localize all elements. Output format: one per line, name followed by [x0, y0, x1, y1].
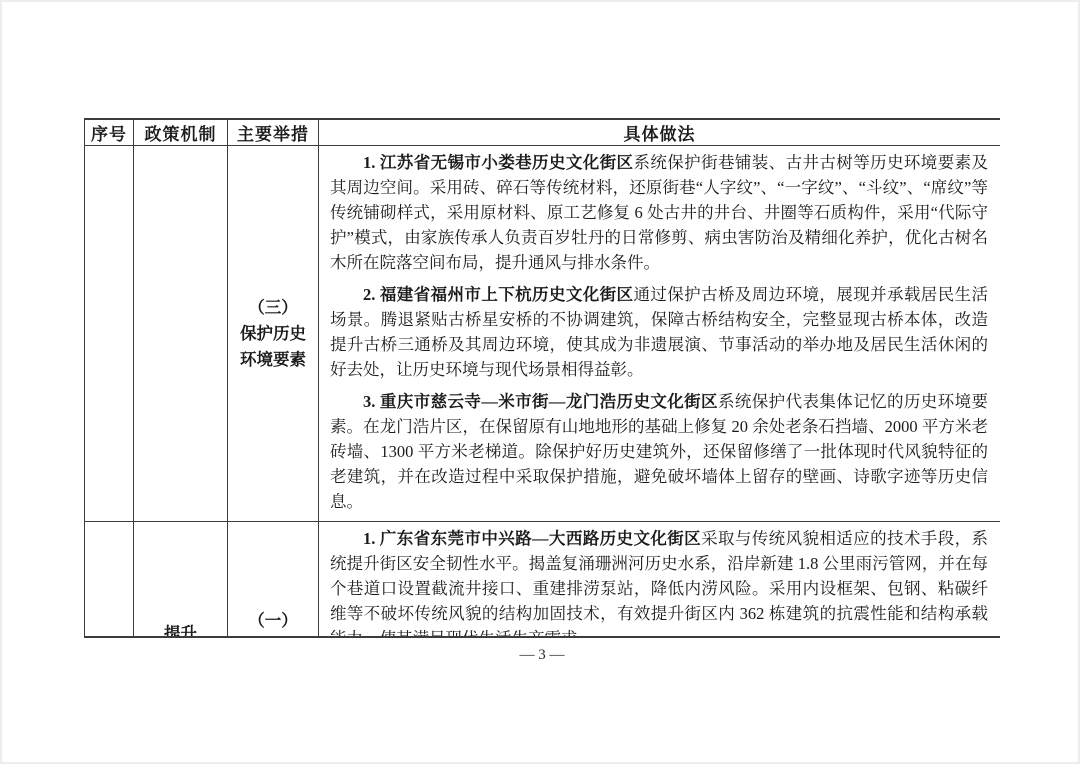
cell-measure: （三） 保护历史 环境要素	[228, 146, 319, 522]
cell-index: 二	[85, 522, 134, 639]
policy-table: 序号 政策机制 主要举措 具体做法 （三） 保护历史 环境要素	[84, 118, 1000, 638]
paragraph: 3. 重庆市慈云寺—米市街—龙门浩历史文化街区系统保护代表集体记忆的历史环境要素…	[330, 389, 988, 514]
cell-measure: （一） 提升街区 安全韧性	[228, 522, 319, 639]
mechanism-line: 提升	[134, 621, 227, 639]
paragraph: 1. 广东省东莞市中兴路—大西路历史文化街区采取与传统风貌相适应的技术手段，系统…	[330, 526, 988, 638]
policy-table-container: 序号 政策机制 主要举措 具体做法 （三） 保护历史 环境要素	[84, 118, 1000, 638]
col-header-details: 具体做法	[319, 119, 1001, 146]
cell-details: 1. 广东省东莞市中兴路—大西路历史文化街区采取与传统风貌相适应的技术手段，系统…	[319, 522, 1001, 639]
measure-line: 提升街区	[228, 634, 318, 639]
document-page: 序号 政策机制 主要举措 具体做法 （三） 保护历史 环境要素	[0, 0, 1080, 764]
table-row: （三） 保护历史 环境要素 1. 江苏省无锡市小娄巷历史文化街区系统保护街巷铺装…	[85, 146, 1001, 522]
table-row: 二 提升 人居环境 （一） 提升街区 安全韧性 1. 广东省东莞市中兴路—大西路…	[85, 522, 1001, 639]
measure-line: （三）	[228, 295, 318, 321]
cell-mechanism	[134, 146, 228, 522]
measure-line: （一）	[228, 608, 318, 634]
col-header-index: 序号	[85, 119, 134, 146]
paragraph-lead: 1. 江苏省无锡市小娄巷历史文化街区	[363, 153, 633, 172]
paragraph-lead: 1. 广东省东莞市中兴路—大西路历史文化街区	[363, 529, 701, 548]
cell-index	[85, 146, 134, 522]
col-header-measure: 主要举措	[228, 119, 319, 146]
col-header-mechanism: 政策机制	[134, 119, 228, 146]
paragraph-lead: 2. 福建省福州市上下杭历史文化街区	[363, 285, 633, 304]
paragraph: 1. 江苏省无锡市小娄巷历史文化街区系统保护街巷铺装、古井古树等历史环境要素及其…	[330, 150, 988, 275]
cell-details: 1. 江苏省无锡市小娄巷历史文化街区系统保护街巷铺装、古井古树等历史环境要素及其…	[319, 146, 1001, 522]
page-number: — 3 —	[84, 647, 1000, 664]
cell-mechanism: 提升 人居环境	[134, 522, 228, 639]
measure-line: 环境要素	[228, 347, 318, 373]
paragraph-lead: 3. 重庆市慈云寺—米市街—龙门浩历史文化街区	[363, 392, 718, 411]
paragraph: 2. 福建省福州市上下杭历史文化街区通过保护古桥及周边环境，展现并承载居民生活场…	[330, 282, 988, 382]
header-row: 序号 政策机制 主要举措 具体做法	[85, 119, 1001, 146]
measure-line: 保护历史	[228, 321, 318, 347]
